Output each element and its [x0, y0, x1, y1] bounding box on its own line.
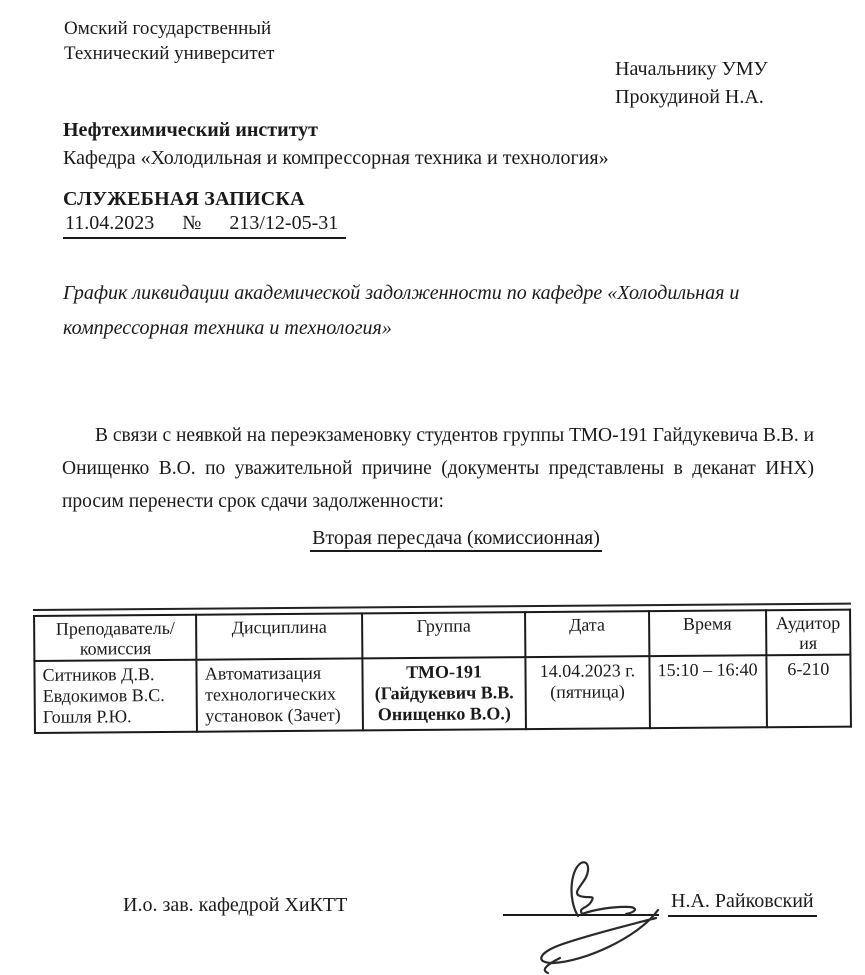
- schedule-table-wrap: Преподаватель/ комиссия Дисциплина Групп…: [33, 603, 856, 734]
- schedule-table: Преподаватель/ комиссия Дисциплина Групп…: [33, 609, 852, 734]
- header-teacher: Преподаватель/ комиссия: [34, 615, 197, 661]
- signer-name: Н.А. Райковский: [668, 890, 817, 917]
- cell-group: ТМО-191 (Гайдукевич В.В. Онищенко В.О.): [362, 657, 526, 730]
- subject-line: График ликвидации академической задолжен…: [63, 276, 838, 346]
- body-paragraph: В связи с неявкой на переэкзаменовку сту…: [62, 419, 814, 518]
- organization-name-line1: Омский государственный: [64, 16, 274, 41]
- handwritten-signature-icon: [488, 850, 698, 975]
- header-time: Время: [649, 610, 767, 656]
- header-date: Дата: [525, 611, 649, 657]
- cell-room: 6-210: [766, 655, 851, 728]
- recipient-block: Начальнику УМУ Прокудиной Н.А.: [615, 55, 768, 111]
- section-heading-text: Вторая пересдача (комиссионная): [310, 527, 602, 552]
- recipient-name: Прокудиной Н.А.: [615, 83, 768, 111]
- signer-position-label: И.о. зав. кафедрой ХиКТТ: [123, 894, 347, 917]
- organization-name: Омский государственный Технический униве…: [64, 16, 274, 66]
- document-title: СЛУЖЕБНАЯ ЗАПИСКА: [63, 188, 305, 211]
- section-heading: Вторая пересдача (комиссионная): [50, 527, 862, 550]
- memo-document-page: Омский государственный Технический униве…: [0, 0, 865, 975]
- cell-teachers: Ситников Д.В. Евдокимов В.С. Гошля Р.Ю.: [34, 660, 197, 733]
- cell-discipline: Автоматизация технологических установок …: [197, 658, 363, 731]
- organization-name-line2: Технический университет: [64, 41, 274, 66]
- cell-date: 14.04.2023 г. (пятница): [526, 656, 650, 729]
- table-header-row: Преподаватель/ комиссия Дисциплина Групп…: [34, 610, 850, 661]
- document-number: 213/12-05-31: [229, 212, 338, 235]
- cell-time: 15:10 – 16:40: [649, 655, 767, 728]
- number-sign: №: [182, 212, 201, 235]
- header-discipline: Дисциплина: [196, 613, 362, 659]
- document-date: 11.04.2023: [65, 212, 154, 235]
- institute-name: Нефтехимический институт: [63, 119, 318, 142]
- document-date-number: 11.04.2023 № 213/12-05-31: [63, 212, 346, 239]
- header-group: Группа: [362, 612, 526, 658]
- table-row: Ситников Д.В. Евдокимов В.С. Гошля Р.Ю. …: [34, 655, 851, 733]
- recipient-title: Начальнику УМУ: [615, 55, 768, 83]
- department-name: Кафедра «Холодильная и компрессорная тех…: [63, 147, 609, 170]
- header-room: Аудитор ия: [766, 610, 851, 656]
